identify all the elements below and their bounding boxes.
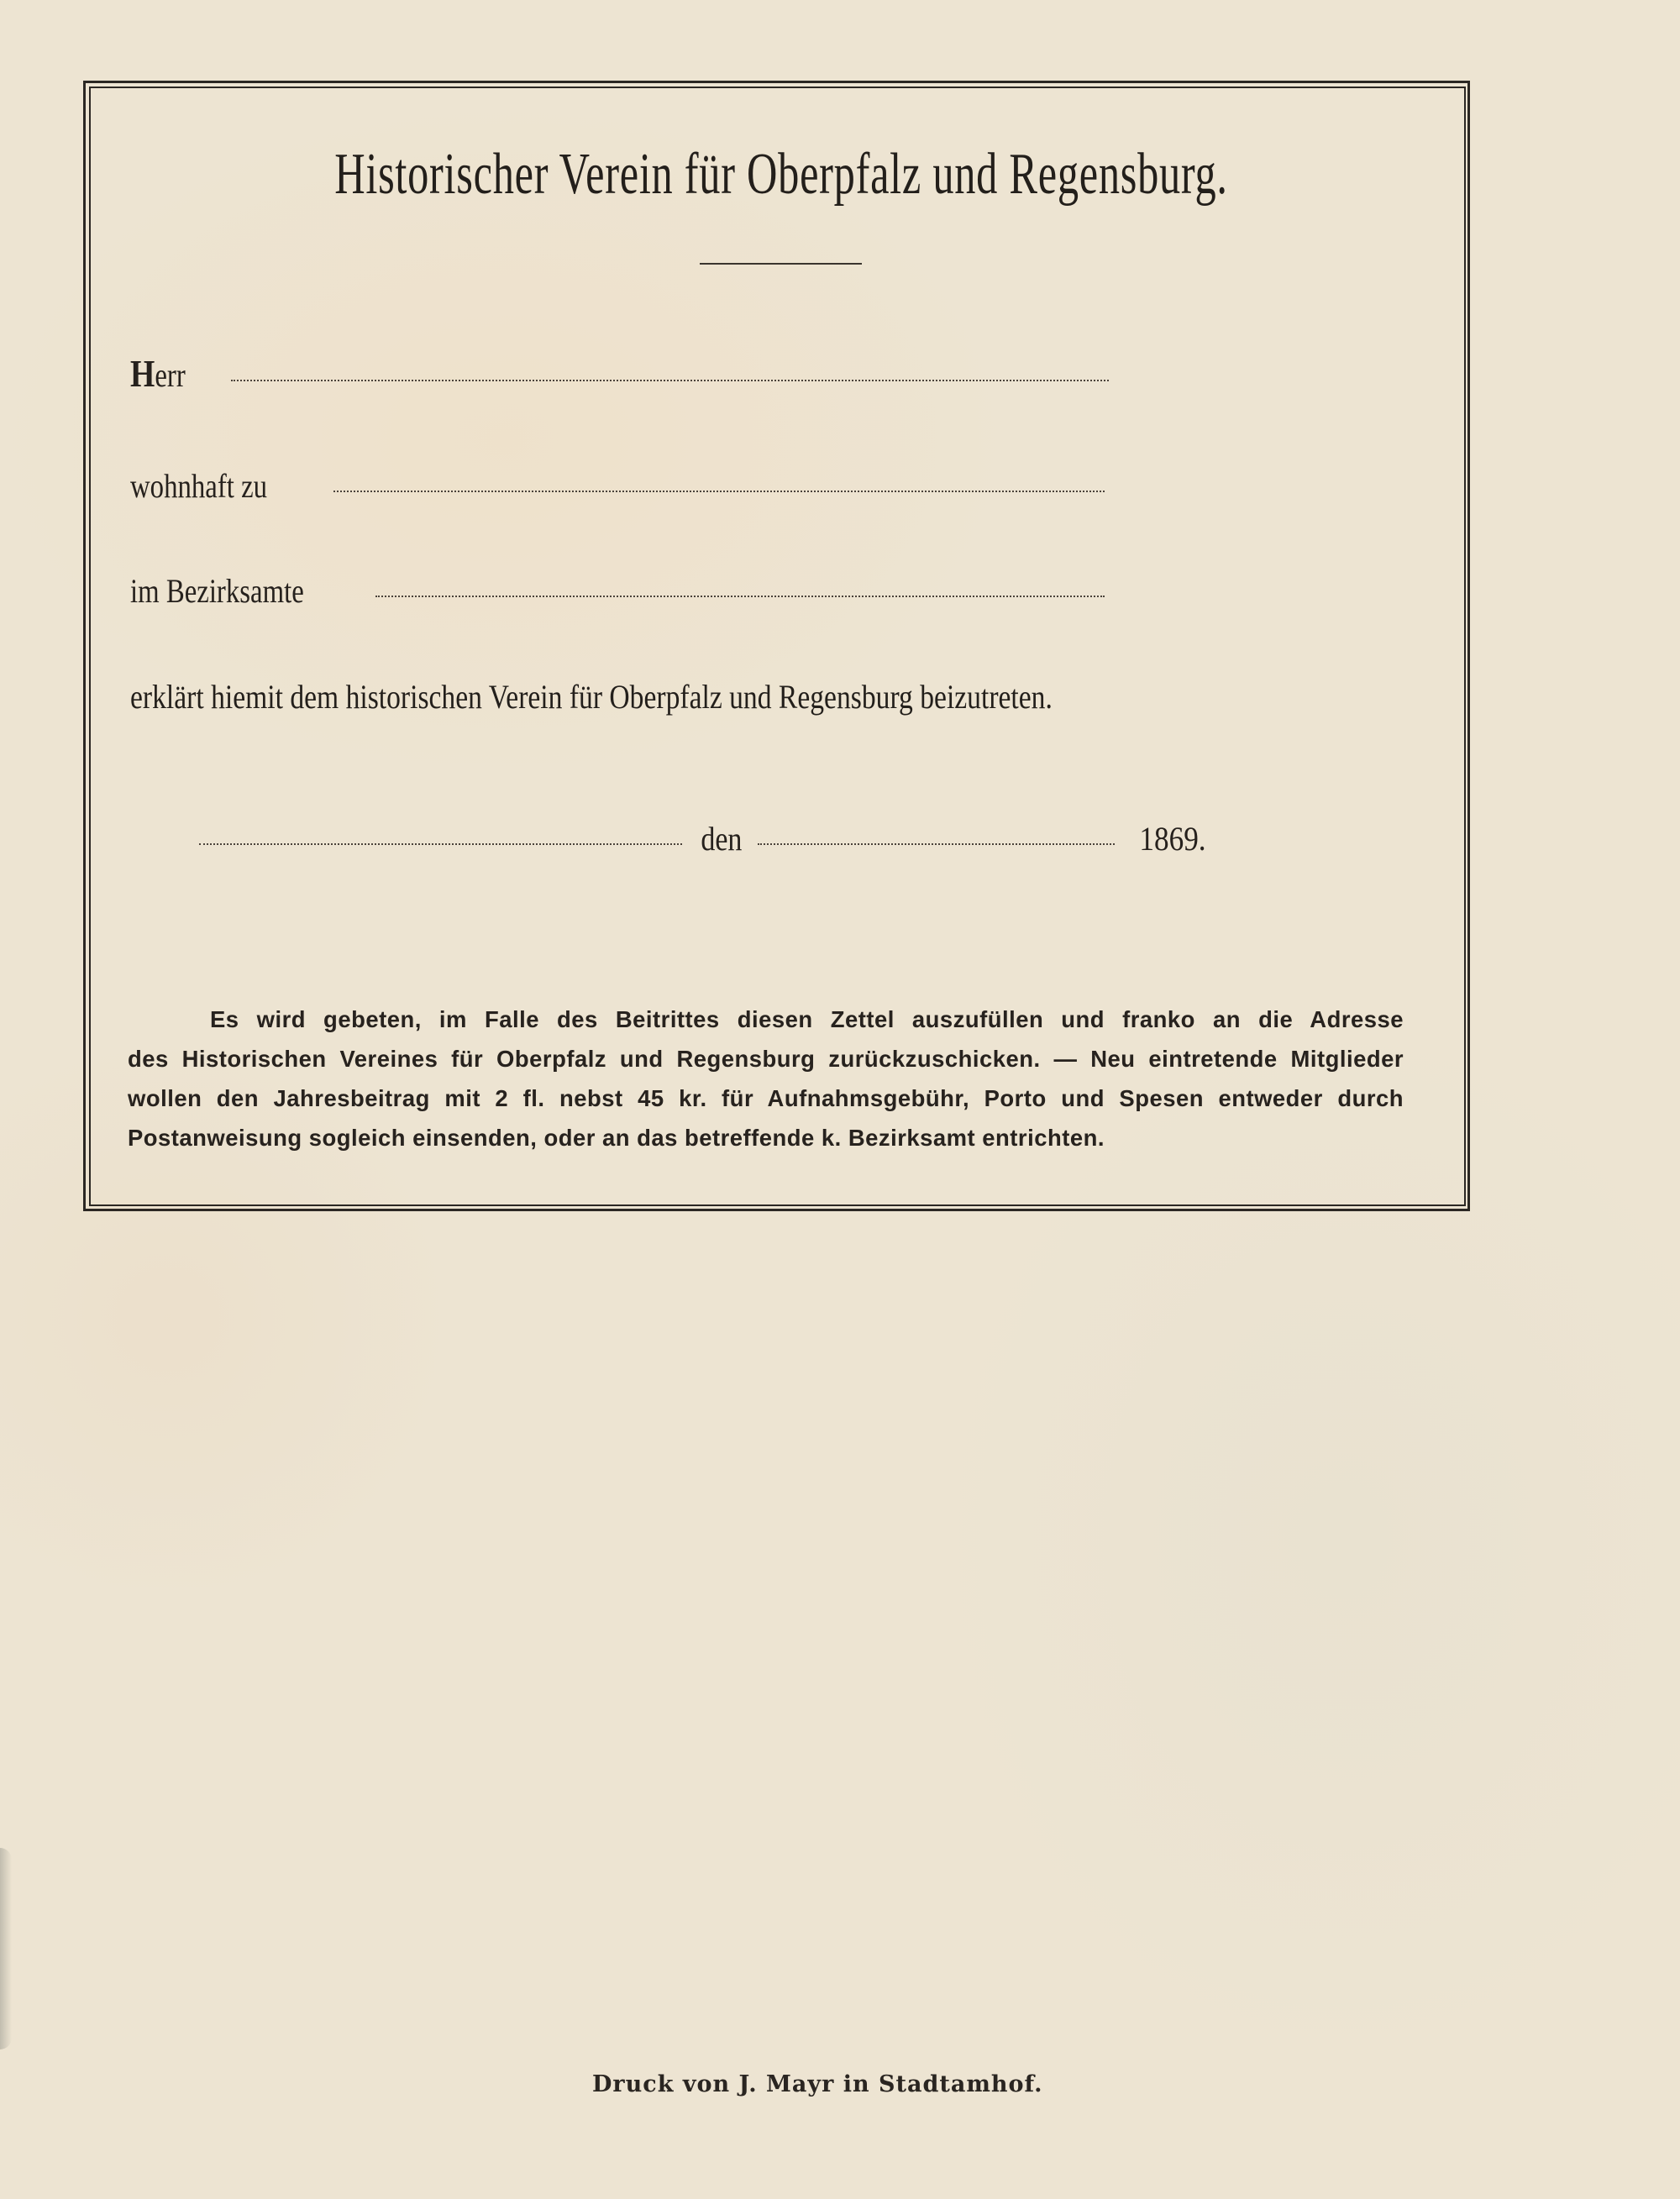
instructions-paragraph: Es wird gebeten, im Falle des Beitrittes… — [128, 1000, 1404, 1157]
residence-field[interactable] — [333, 489, 1105, 492]
instructions-line-4: Postanweisung sogleich einsenden, oder a… — [128, 1118, 1404, 1157]
page-binding-shadow — [0, 1848, 12, 2049]
title-separator-rule — [700, 263, 862, 265]
field-row-bezirksamt: im Bezirksamte — [130, 571, 1105, 611]
year-label: 1869. — [1139, 819, 1205, 858]
herr-name-field[interactable] — [231, 378, 1109, 381]
field-row-wohnhaft: wohnhaft zu — [130, 466, 1105, 506]
membership-declaration: erklärt hiemit dem historischen Verein f… — [130, 677, 1053, 716]
date-field[interactable] — [758, 842, 1115, 845]
field-label-herr-rest: err — [155, 356, 185, 394]
place-field[interactable] — [199, 842, 682, 845]
field-row-herr: Herr — [130, 351, 1109, 396]
field-label-herr: Herr — [130, 351, 186, 396]
instructions-line-1: Es wird gebeten, im Falle des Beitrittes… — [128, 1000, 1404, 1039]
district-office-field[interactable] — [375, 594, 1105, 597]
field-label-bezirksamte: im Bezirksamte — [130, 571, 323, 611]
field-label-wohnhaft: wohnhaft zu — [130, 466, 289, 506]
instructions-line-2: des Historischen Vereines für Oberpfalz … — [128, 1039, 1404, 1079]
den-label: den — [701, 819, 742, 858]
field-label-herr-initial: H — [130, 352, 155, 395]
instructions-line-3: wollen den Jahresbeitrag mit 2 fl. nebst… — [128, 1079, 1404, 1118]
date-row: den 1869. — [199, 819, 1210, 858]
printer-imprint: Druck von J. Mayr in Stadtamhof. — [592, 2071, 953, 2097]
form-title: Historischer Verein für Oberpfalz und Re… — [218, 141, 1343, 208]
